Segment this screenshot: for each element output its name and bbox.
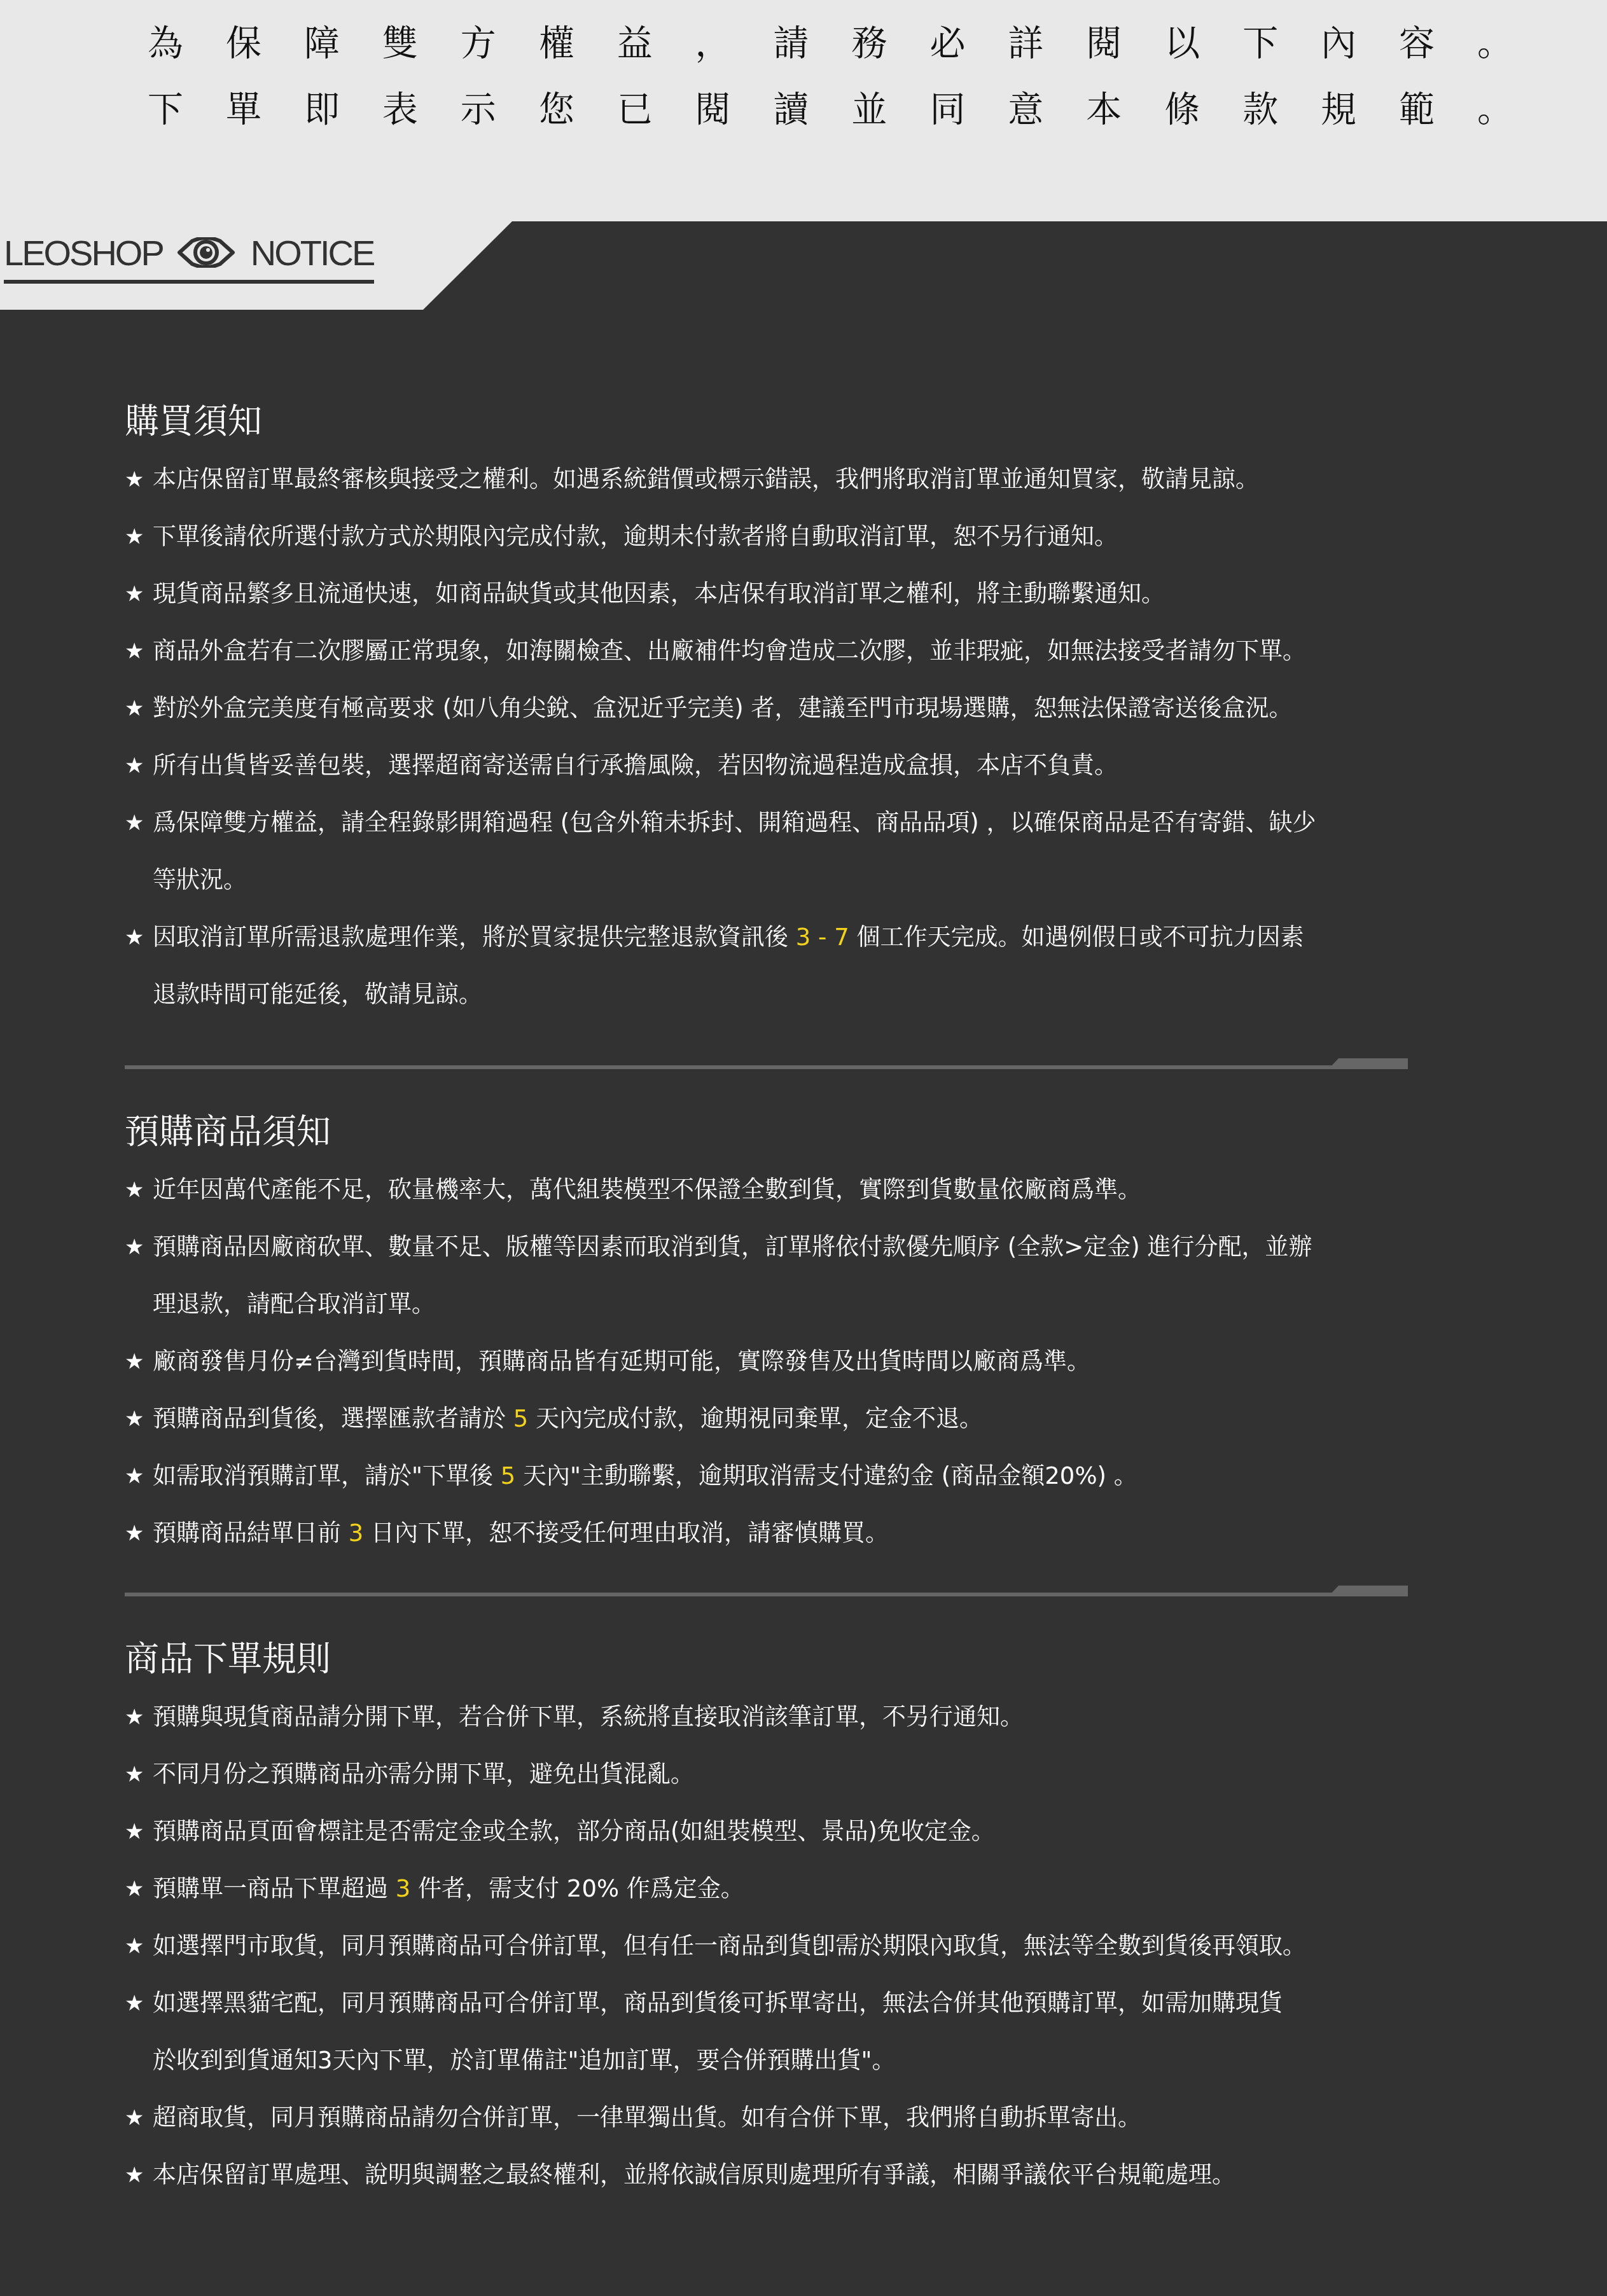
item-text-line: 爲保障雙方權益，請全程錄影開箱過程 (包含外箱未拆封、開箱過程、商品品項) ，以…: [153, 794, 1416, 852]
intro-char: 。: [1476, 85, 1514, 135]
intro-char: 示: [459, 85, 497, 135]
item-text: 近年因萬代產能不足，砍量機率大，萬代組裝模型不保證全數到貨，實際到貨數量依廠商爲…: [153, 1176, 1141, 1203]
star-icon: ★: [125, 1390, 144, 1448]
item-text-line: 現貨商品繁多且流通快速，如商品缺貨或其他因素，本店保有取消訂單之權利，將主動聯繫…: [153, 565, 1416, 623]
item-text: 天內"主動聯繫，逾期取消需支付違約金 (商品金額20%) 。: [515, 1462, 1137, 1490]
intro-char: 請: [772, 18, 810, 69]
section-divider: [125, 1058, 1408, 1069]
list-item: ★預購商品頁面會標註是否需定金或全款，部分商品(如組裝模型、景品)免收定金。: [125, 1803, 1416, 1860]
star-icon: ★: [125, 565, 144, 623]
intro-char: 款: [1241, 85, 1279, 135]
star-icon: ★: [125, 680, 144, 737]
intro-char: 以: [1163, 18, 1201, 69]
list-item: ★近年因萬代產能不足，砍量機率大，萬代組裝模型不保證全數到貨，實際到貨數量依廠商…: [125, 1161, 1416, 1219]
item-text: 預購單一商品下單超過: [153, 1875, 396, 1902]
item-text-line: 如選擇門市取貨，同月預購商品可合併訂單，但有任一商品到貨卽需於期限內取貨，無法等…: [153, 1918, 1416, 1975]
intro-char: 已: [616, 85, 654, 135]
star-icon: ★: [125, 508, 144, 565]
intro-char: 下: [146, 85, 184, 135]
intro-char: 規: [1319, 85, 1358, 135]
star-icon: ★: [125, 737, 144, 794]
logo: LEOSHOP NOTICE: [4, 230, 373, 275]
intro-char: 本: [1085, 85, 1123, 135]
list-item: ★如選擇黑貓宅配，同月預購商品可合併訂單，商品到貨後可拆單寄出，無法合併其他預購…: [125, 1975, 1416, 2089]
star-icon: ★: [125, 1161, 144, 1219]
list-item: ★如需取消預購訂單，請於"下單後 5 天內"主動聯繫，逾期取消需支付違約金 (商…: [125, 1448, 1416, 1505]
item-text: 所有出貨皆妥善包裝，選擇超商寄送需自行承擔風險，若因物流過程造成盒損，本店不負責…: [153, 752, 1118, 779]
item-text-line: 所有出貨皆妥善包裝，選擇超商寄送需自行承擔風險，若因物流過程造成盒損，本店不負責…: [153, 737, 1416, 794]
list-item: ★預購商品因廠商砍單、數量不足、版權等因素而取消到貨，訂單將依付款優先順序 (全…: [125, 1219, 1416, 1333]
intro-char: 範: [1398, 85, 1436, 135]
item-text-line: 預購商品頁面會標註是否需定金或全款，部分商品(如組裝模型、景品)免收定金。: [153, 1803, 1416, 1860]
list-item: ★對於外盒完美度有極高要求 (如八角尖銳、盒況近乎完美) 者，建議至門市現場選購…: [125, 680, 1416, 737]
intro-char: 意: [1006, 85, 1045, 135]
item-text-line: 商品外盒若有二次膠屬正常現象，如海關檢查、出廠補件均會造成二次膠，並非瑕疵，如無…: [153, 623, 1416, 680]
intro-char: 雙: [381, 18, 419, 69]
intro-char: 保: [225, 18, 263, 69]
item-text: 預購與現貨商品請分開下單，若合併下單，系統將直接取消該筆訂單，不另行通知。: [153, 1703, 1024, 1731]
intro-char: 讀: [772, 85, 810, 135]
item-text: 本店保留訂單處理、說明與調整之最終權利，並將依誠信原則處理所有爭議，相關爭議依平…: [153, 2161, 1235, 2189]
section-title: 預購商品須知: [125, 1107, 1416, 1158]
item-text: 件者，需支付 20% 作爲定金。: [410, 1875, 744, 1902]
list-item: ★預購商品到貨後，選擇匯款者請於 5 天內完成付款，逾期視同棄單，定金不退。: [125, 1390, 1416, 1448]
section-title: 商品下單規則: [125, 1634, 1416, 1685]
intro-char: 權: [538, 18, 576, 69]
star-icon: ★: [125, 2089, 144, 2147]
intro-char: 務: [850, 18, 888, 69]
intro-char: 益: [616, 18, 654, 69]
item-text: 預購商品到貨後，選擇匯款者請於: [153, 1405, 513, 1432]
item-text-line: 預購商品結單日前 3 日內下單，恕不接受任何理由取消，請審慎購買。: [153, 1505, 1416, 1562]
star-icon: ★: [125, 1803, 144, 1860]
star-icon: ★: [125, 1689, 144, 1746]
list-item: ★本店保留訂單最終審核與接受之權利。如遇系統錯價或標示錯誤，我們將取消訂單並通知…: [125, 451, 1416, 508]
item-text-line: 不同月份之預購商品亦需分開下單，避免出貨混亂。: [153, 1746, 1416, 1803]
list-item: ★所有出貨皆妥善包裝，選擇超商寄送需自行承擔風險，若因物流過程造成盒損，本店不負…: [125, 737, 1416, 794]
item-text: 個工作天完成。如遇例假日或不可抗力因素: [849, 923, 1304, 951]
item-text: 商品外盒若有二次膠屬正常現象，如海關檢查、出廠補件均會造成二次膠，並非瑕疵，如無…: [153, 637, 1306, 665]
star-icon: ★: [125, 451, 144, 508]
item-text: 等狀況。: [153, 866, 247, 894]
star-icon: ★: [125, 1746, 144, 1803]
star-icon: ★: [125, 1860, 144, 1918]
star-icon: ★: [125, 909, 144, 966]
item-text: 退款時間可能延後，敬請見諒。: [153, 981, 482, 1008]
star-icon: ★: [125, 1975, 144, 2032]
item-text-line: 預購商品到貨後，選擇匯款者請於 5 天內完成付款，逾期視同棄單，定金不退。: [153, 1390, 1416, 1448]
intro-char: 同: [928, 85, 966, 135]
item-text: 預購商品頁面會標註是否需定金或全款，部分商品(如組裝模型、景品)免收定金。: [153, 1818, 995, 1845]
list-item: ★因取消訂單所需退款處理作業，將於買家提供完整退款資訊後 3 - 7 個工作天完…: [125, 909, 1416, 1023]
star-icon: ★: [125, 1505, 144, 1562]
item-text-line: 預購單一商品下單超過 3 件者，需支付 20% 作爲定金。: [153, 1860, 1416, 1918]
item-text-line: 理退款，請配合取消訂單。: [153, 1276, 1416, 1333]
logo-underline: [4, 280, 374, 284]
star-icon: ★: [125, 1219, 144, 1276]
item-text-line: 下單後請依所選付款方式於期限內完成付款，逾期未付款者將自動取消訂單，恕不另行通知…: [153, 508, 1416, 565]
intro-char: 障: [303, 18, 341, 69]
item-text-line: 等狀況。: [153, 852, 1416, 909]
item-text-line: 如需取消預購訂單，請於"下單後 5 天內"主動聯繫，逾期取消需支付違約金 (商品…: [153, 1448, 1416, 1505]
list-item: ★商品外盒若有二次膠屬正常現象，如海關檢查、出廠補件均會造成二次膠，並非瑕疵，如…: [125, 623, 1416, 680]
item-text: 超商取貨，同月預購商品請勿合併訂單，一律單獨出貨。如有合併下單，我們將自動拆單寄…: [153, 2104, 1141, 2131]
intro-char: 內: [1319, 18, 1358, 69]
intro-char: 閱: [694, 85, 732, 135]
intro-char: 必: [928, 18, 966, 69]
highlight-number: 5: [501, 1462, 516, 1490]
item-text: 因取消訂單所需退款處理作業，將於買家提供完整退款資訊後: [153, 923, 796, 951]
intro-char: 方: [459, 18, 497, 69]
intro-char: 。: [1476, 18, 1514, 69]
item-text: 如需取消預購訂單，請於"下單後: [153, 1462, 501, 1490]
item-text: 預購商品因廠商砍單、數量不足、版權等因素而取消到貨，訂單將依付款優先順序 (全款…: [153, 1233, 1312, 1261]
list-item: ★本店保留訂單處理、說明與調整之最終權利，並將依誠信原則處理所有爭議，相關爭議依…: [125, 2147, 1416, 2204]
item-text-line: 近年因萬代產能不足，砍量機率大，萬代組裝模型不保證全數到貨，實際到貨數量依廠商爲…: [153, 1161, 1416, 1219]
star-icon: ★: [125, 623, 144, 680]
item-text: 預購商品結單日前: [153, 1519, 349, 1547]
section-preorder-notice: 預購商品須知★近年因萬代產能不足，砍量機率大，萬代組裝模型不保證全數到貨，實際到…: [125, 1107, 1416, 1562]
item-text: 如選擇黑貓宅配，同月預購商品可合併訂單，商品到貨後可拆單寄出，無法合併其他預購訂…: [153, 1989, 1283, 2017]
list-item: ★廠商發售月份≠台灣到貨時間，預購商品皆有延期可能，實際發售及出貨時間以廠商爲準…: [125, 1333, 1416, 1390]
intro-char: 即: [303, 85, 341, 135]
star-icon: ★: [125, 1333, 144, 1390]
item-text: 爲保障雙方權益，請全程錄影開箱過程 (包含外箱未拆封、開箱過程、商品品項) ，以…: [153, 809, 1316, 836]
intro-line-1: 為保障雙方權益，請務必詳閱以下內容。: [146, 18, 1514, 69]
intro-char: ，: [694, 18, 732, 69]
item-text: 不同月份之預購商品亦需分開下單，避免出貨混亂。: [153, 1760, 694, 1788]
item-text: 廠商發售月份≠台灣到貨時間，預購商品皆有延期可能，實際發售及出貨時間以廠商爲準。: [153, 1348, 1090, 1375]
list-item: ★爲保障雙方權益，請全程錄影開箱過程 (包含外箱未拆封、開箱過程、商品品項) ，…: [125, 794, 1416, 909]
list-item: ★預購單一商品下單超過 3 件者，需支付 20% 作爲定金。: [125, 1860, 1416, 1918]
intro-char: 並: [850, 85, 888, 135]
item-text-line: 預購商品因廠商砍單、數量不足、版權等因素而取消到貨，訂單將依付款優先順序 (全款…: [153, 1219, 1416, 1276]
list-item: ★不同月份之預購商品亦需分開下單，避免出貨混亂。: [125, 1746, 1416, 1803]
item-text-line: 本店保留訂單最終審核與接受之權利。如遇系統錯價或標示錯誤，我們將取消訂單並通知買…: [153, 451, 1416, 508]
list-item: ★預購與現貨商品請分開下單，若合併下單，系統將直接取消該筆訂單，不另行通知。: [125, 1689, 1416, 1746]
logo-text-right: NOTICE: [251, 232, 374, 273]
item-text-line: 對於外盒完美度有極高要求 (如八角尖銳、盒況近乎完美) 者，建議至門市現場選購，…: [153, 680, 1416, 737]
item-text: 下單後請依所選付款方式於期限內完成付款，逾期未付款者將自動取消訂單，恕不另行通知…: [153, 523, 1118, 550]
intro-line-2: 下單即表示您已閱讀並同意本條款規範。: [146, 85, 1514, 135]
item-text-line: 超商取貨，同月預購商品請勿合併訂單，一律單獨出貨。如有合併下單，我們將自動拆單寄…: [153, 2089, 1416, 2147]
intro-char: 表: [381, 85, 419, 135]
section-divider: [125, 1586, 1408, 1596]
item-text: 現貨商品繁多且流通快速，如商品缺貨或其他因素，本店保有取消訂單之權利，將主動聯繫…: [153, 580, 1165, 607]
highlight-number: 3: [349, 1519, 364, 1547]
item-text-line: 退款時間可能延後，敬請見諒。: [153, 966, 1416, 1023]
highlight-number: 5: [513, 1405, 529, 1432]
item-text-line: 廠商發售月份≠台灣到貨時間，預購商品皆有延期可能，實際發售及出貨時間以廠商爲準。: [153, 1333, 1416, 1390]
list-item: ★預購商品結單日前 3 日內下單，恕不接受任何理由取消，請審慎購買。: [125, 1505, 1416, 1562]
item-text: 日內下單，恕不接受任何理由取消，請審慎購買。: [363, 1519, 889, 1547]
item-text: 本店保留訂單最終審核與接受之權利。如遇系統錯價或標示錯誤，我們將取消訂單並通知買…: [153, 466, 1259, 493]
eye-icon: [177, 237, 235, 268]
list-item: ★下單後請依所選付款方式於期限內完成付款，逾期未付款者將自動取消訂單，恕不另行通…: [125, 508, 1416, 565]
section-title: 購買須知: [125, 396, 1416, 447]
item-text-line: 本店保留訂單處理、說明與調整之最終權利，並將依誠信原則處理所有爭議，相關爭議依平…: [153, 2147, 1416, 2204]
item-text-line: 如選擇黑貓宅配，同月預購商品可合併訂單，商品到貨後可拆單寄出，無法合併其他預購訂…: [153, 1975, 1416, 2032]
item-text: 天內完成付款，逾期視同棄單，定金不退。: [528, 1405, 983, 1432]
intro-char: 您: [538, 85, 576, 135]
intro-char: 為: [146, 18, 184, 69]
item-text-line: 預購與現貨商品請分開下單，若合併下單，系統將直接取消該筆訂單，不另行通知。: [153, 1689, 1416, 1746]
intro-char: 詳: [1006, 18, 1045, 69]
item-text: 對於外盒完美度有極高要求 (如八角尖銳、盒況近乎完美) 者，建議至門市現場選購，…: [153, 695, 1292, 722]
intro-char: 條: [1163, 85, 1201, 135]
item-text: 如選擇門市取貨，同月預購商品可合併訂單，但有任一商品到貨卽需於期限內取貨，無法等…: [153, 1932, 1306, 1960]
item-text-line: 於收到到貨通知3天內下單，於訂單備註"追加訂單，要合併預購出貨"。: [153, 2032, 1416, 2089]
section-purchase-notice: 購買須知★本店保留訂單最終審核與接受之權利。如遇系統錯價或標示錯誤，我們將取消訂…: [125, 396, 1416, 1023]
intro-char: 閱: [1085, 18, 1123, 69]
star-icon: ★: [125, 1448, 144, 1505]
item-text-line: 因取消訂單所需退款處理作業，將於買家提供完整退款資訊後 3 - 7 個工作天完成…: [153, 909, 1416, 966]
star-icon: ★: [125, 2147, 144, 2204]
list-item: ★如選擇門市取貨，同月預購商品可合併訂單，但有任一商品到貨卽需於期限內取貨，無法…: [125, 1918, 1416, 1975]
intro-char: 容: [1398, 18, 1436, 69]
intro-char: 單: [225, 85, 263, 135]
intro-char: 下: [1241, 18, 1279, 69]
list-item: ★現貨商品繁多且流通快速，如商品缺貨或其他因素，本店保有取消訂單之權利，將主動聯…: [125, 565, 1416, 623]
star-icon: ★: [125, 1918, 144, 1975]
highlight-number: 3: [396, 1875, 411, 1902]
list-item: ★超商取貨，同月預購商品請勿合併訂單，一律單獨出貨。如有合併下單，我們將自動拆單…: [125, 2089, 1416, 2147]
item-text: 於收到到貨通知3天內下單，於訂單備註"追加訂單，要合併預購出貨"。: [153, 2047, 896, 2074]
logo-text-left: LEOSHOP: [4, 232, 163, 273]
star-icon: ★: [125, 794, 144, 852]
section-order-rules: 商品下單規則★預購與現貨商品請分開下單，若合併下單，系統將直接取消該筆訂單，不另…: [125, 1634, 1416, 2204]
highlight-number: 3 - 7: [796, 923, 849, 951]
item-text: 理退款，請配合取消訂單。: [153, 1290, 435, 1318]
